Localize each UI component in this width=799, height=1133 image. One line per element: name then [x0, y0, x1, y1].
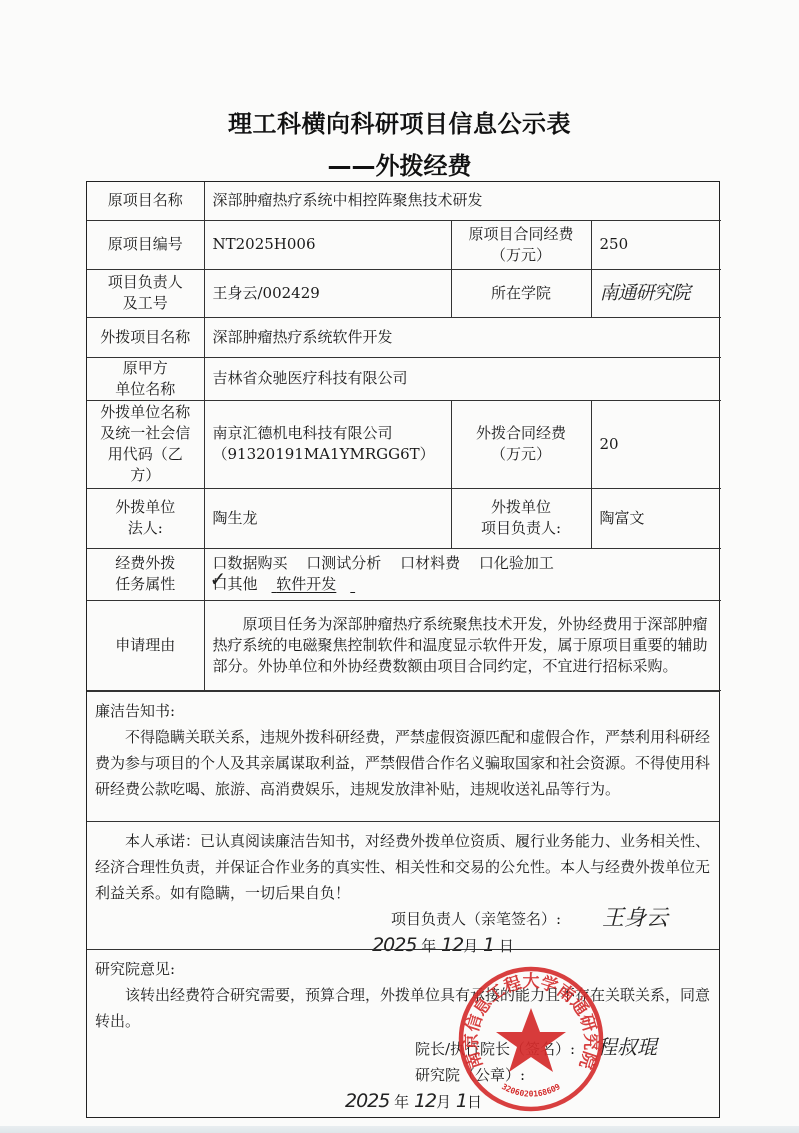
option-materials[interactable]: 口材料费 [400, 554, 460, 572]
row-original-project-code: 原项目编号 NT2025H006 原项目合同经费 （万元） 250 [87, 220, 721, 269]
institute-opinion-text: 该转出经费符合研究需要，预算合理，外拨单位具有承接的能力且不存在关联关系，同意转… [95, 982, 711, 1034]
integrity-notice-heading: 廉洁告知书: [95, 698, 711, 724]
row-original-project-name: 原项目名称 深部肿瘤热疗系统中相控阵聚焦技术研发 [87, 182, 721, 220]
outsourced-project-leader-label-line2: 项目负责人: [460, 518, 583, 539]
outsourced-legal-rep-label: 外拨单位 法人: [87, 488, 204, 548]
original-project-name-label: 原项目名称 [87, 182, 204, 220]
project-leader-label-line2: 及工号 [95, 293, 196, 314]
outsourced-unit-label-line2: 及统一社会信 [95, 423, 196, 444]
outsourced-unit-credit-code: （91320191MA1YMRGG6T） [213, 444, 443, 465]
outsourced-unit-label-line4: 方） [95, 465, 196, 486]
outsourced-project-name-value: 深部肿瘤热疗系统软件开发 [204, 317, 721, 357]
original-project-name-value: 深部肿瘤热疗系统中相控阵聚焦技术研发 [204, 182, 721, 220]
task-attribute-label-line1: 经费外拨 [95, 553, 196, 574]
original-contract-fee-label: 原项目合同经费 （万元） [451, 220, 591, 269]
institute-date-day: 1 [456, 1090, 467, 1112]
outsourced-legal-rep-label-line1: 外拨单位 [95, 497, 196, 518]
original-contract-fee-value: 250 [591, 220, 721, 269]
row-outsourced-project-name: 外拨项目名称 深部肿瘤热疗系统软件开发 [87, 317, 721, 357]
task-attribute-options: 口数据购买 口测试分析 口材料费 口化验加工 ✓口其他 软件开发 [204, 548, 721, 600]
institute-opinion-heading: 研究院意见: [95, 956, 711, 982]
row-original-party-a: 原甲方 单位名称 吉林省众驰医疗科技有限公司 [87, 357, 721, 400]
institute-date-year: 2025 [345, 1090, 389, 1112]
original-project-code-label: 原项目编号 [87, 220, 204, 269]
row-application-reason: 申请理由 原项目任务为深部肿瘤热疗系统聚焦技术开发，外协经费用于深部肿瘤热疗系统… [87, 600, 721, 690]
row-task-attribute: 经费外拨 任务属性 口数据购买 口测试分析 口材料费 口化验加工 ✓口其他 软件… [87, 548, 721, 600]
original-contract-fee-label-line1: 原项目合同经费 [460, 224, 583, 245]
option-other-detail-text: 软件开发 [276, 575, 336, 593]
document-subtitle: ——外拨经费 [0, 146, 799, 181]
checkmark-icon: ✓ [210, 569, 227, 590]
outsourced-unit-name: 南京汇德机电科技有限公司 [213, 423, 443, 444]
info-form: 原项目名称 深部肿瘤热疗系统中相控阵聚焦技术研发 原项目编号 NT2025H00… [86, 181, 720, 1118]
task-attribute-label: 经费外拨 任务属性 [87, 548, 204, 600]
institute-date-year-unit: 年 [394, 1093, 409, 1111]
original-contract-fee-label-line2: （万元） [460, 245, 583, 266]
application-reason-label: 申请理由 [87, 600, 204, 690]
leader-signature-label: 项目负责人（亲笔签名）: [391, 910, 561, 928]
original-party-a-value: 吉林省众驰医疗科技有限公司 [204, 357, 721, 400]
row-project-leader: 项目负责人 及工号 王身云/002429 所在学院 南通研究院 [87, 269, 721, 317]
application-reason-text: 原项目任务为深部肿瘤热疗系统聚焦技术开发，外协经费用于深部肿瘤热疗系统的电磁聚焦… [204, 600, 721, 690]
director-signature-label: 院长/执行院长（签名）: [415, 1040, 575, 1058]
institute-opinion-section: 研究院意见: 该转出经费符合研究需要，预算合理，外拨单位具有承接的能力且不存在关… [87, 949, 719, 1117]
info-table: 原项目名称 深部肿瘤热疗系统中相控阵聚焦技术研发 原项目编号 NT2025H00… [87, 182, 721, 691]
outsourced-unit-label-line1: 外拨单位名称 [95, 402, 196, 423]
outsourced-contract-fee-value: 20 [591, 400, 721, 488]
leader-signature-handwritten: 王身云 [602, 906, 668, 932]
college-label: 所在学院 [451, 269, 591, 317]
original-project-code-value: NT2025H006 [204, 220, 451, 269]
original-party-a-label-line2: 单位名称 [95, 379, 196, 400]
outsourced-contract-fee-label-line1: 外拨合同经费 [460, 423, 583, 444]
outsourced-unit-label-line3: 用代码（乙 [95, 444, 196, 465]
outsourced-contract-fee-label-line2: （万元） [460, 444, 583, 465]
outsourced-project-leader-value: 陶富文 [591, 488, 721, 548]
project-leader-value: 王身云/002429 [204, 269, 451, 317]
document-title: 理工科横向科研项目信息公示表 [0, 104, 799, 139]
institute-date-day-unit: 日 [467, 1093, 482, 1111]
row-outsourced-representatives: 外拨单位 法人: 陶生龙 外拨单位 项目负责人: 陶富文 [87, 488, 721, 548]
option-other-detail: 软件开发 [272, 575, 356, 593]
option-test-analysis[interactable]: 口测试分析 [306, 554, 381, 572]
outsourced-contract-fee-label: 外拨合同经费 （万元） [451, 400, 591, 488]
institute-opinion-date: 2025 年 12月 1日 [95, 1088, 711, 1115]
outsourced-unit-value: 南京汇德机电科技有限公司 （91320191MA1YMRGG6T） [204, 400, 451, 488]
project-leader-label-line1: 项目负责人 [95, 272, 196, 293]
project-leader-label: 项目负责人 及工号 [87, 269, 204, 317]
page-edge [0, 1126, 799, 1133]
task-attribute-label-line2: 任务属性 [95, 574, 196, 595]
director-signature-handwritten: 程叔琨 [597, 1034, 657, 1060]
original-party-a-label-line1: 原甲方 [95, 358, 196, 379]
commitment-text: 本人承诺：已认真阅读廉洁告知书，对经费外拨单位资质、履行业务能力、业务相关性、经… [95, 828, 711, 906]
outsourced-unit-label: 外拨单位名称 及统一社会信 用代码（乙 方） [87, 400, 204, 488]
row-outsourced-unit: 外拨单位名称 及统一社会信 用代码（乙 方） 南京汇德机电科技有限公司 （913… [87, 400, 721, 488]
integrity-notice-section: 廉洁告知书: 不得隐瞒关联关系，违规外拨科研经费，严禁虚假资源匹配和虚假合作，严… [87, 691, 719, 821]
outsourced-project-name-label: 外拨项目名称 [87, 317, 204, 357]
option-lab-processing[interactable]: 口化验加工 [479, 554, 554, 572]
seal-line: 研究院（公章）: [95, 1062, 711, 1088]
outsourced-legal-rep-value: 陶生龙 [204, 488, 451, 548]
original-party-a-label: 原甲方 单位名称 [87, 357, 204, 400]
institute-date-month: 12 [414, 1090, 436, 1112]
institute-date-month-unit: 月 [436, 1093, 451, 1111]
outsourced-project-leader-label: 外拨单位 项目负责人: [451, 488, 591, 548]
outsourced-legal-rep-label-line2: 法人: [95, 518, 196, 539]
integrity-notice-text: 不得隐瞒关联关系，违规外拨科研经费，严禁虚假资源匹配和虚假合作，严禁利用科研经费… [95, 724, 711, 802]
seal-label: 研究院（公章）: [415, 1066, 525, 1084]
commitment-section: 本人承诺：已认真阅读廉洁告知书，对经费外拨单位资质、履行业务能力、业务相关性、经… [87, 821, 719, 949]
option-other[interactable]: ✓口其他 软件开发 [213, 575, 370, 593]
outsourced-project-leader-label-line1: 外拨单位 [460, 497, 583, 518]
college-value-handwritten: 南通研究院 [591, 269, 721, 317]
